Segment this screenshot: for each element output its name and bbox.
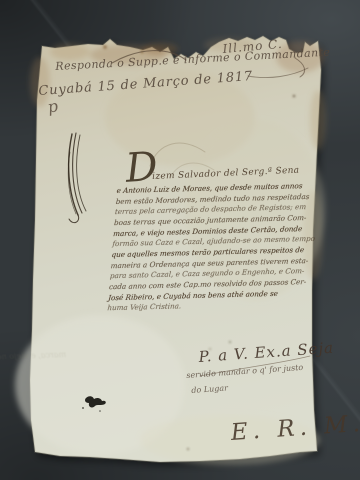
body-text: e Antonio Luiz de Moraes, que desde muit… xyxy=(107,181,315,314)
manuscript-photo: Ill.mo C. Responda o Supp.e è informe o … xyxy=(0,0,360,480)
